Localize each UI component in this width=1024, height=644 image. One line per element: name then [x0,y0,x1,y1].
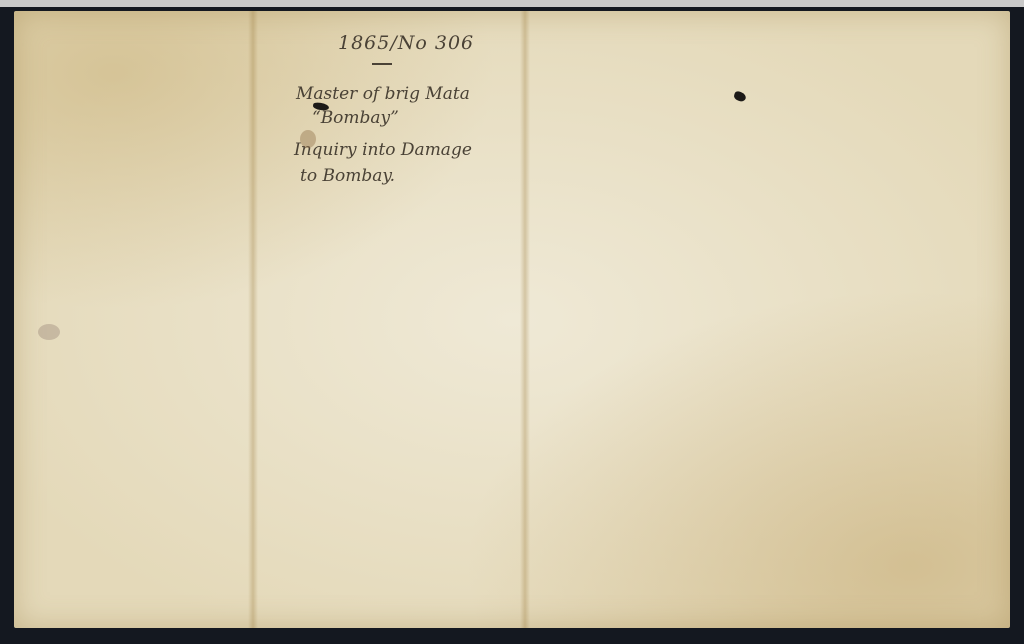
paper-stain [300,130,316,148]
docket-line-3: Inquiry into Damage [294,140,472,160]
docket-line-2: “Bombay” [312,108,399,128]
fold-line-left [248,11,258,628]
paper-stain [38,324,60,340]
scanner-top-strip [0,0,1024,7]
docket-line-1: Master of brig Mata [296,84,470,104]
document-reference: 1865/No 306 [338,32,474,54]
fold-line-right [520,11,530,628]
underline-rule [372,63,392,65]
document-page [14,11,1010,628]
docket-line-4: to Bombay. [300,166,395,186]
